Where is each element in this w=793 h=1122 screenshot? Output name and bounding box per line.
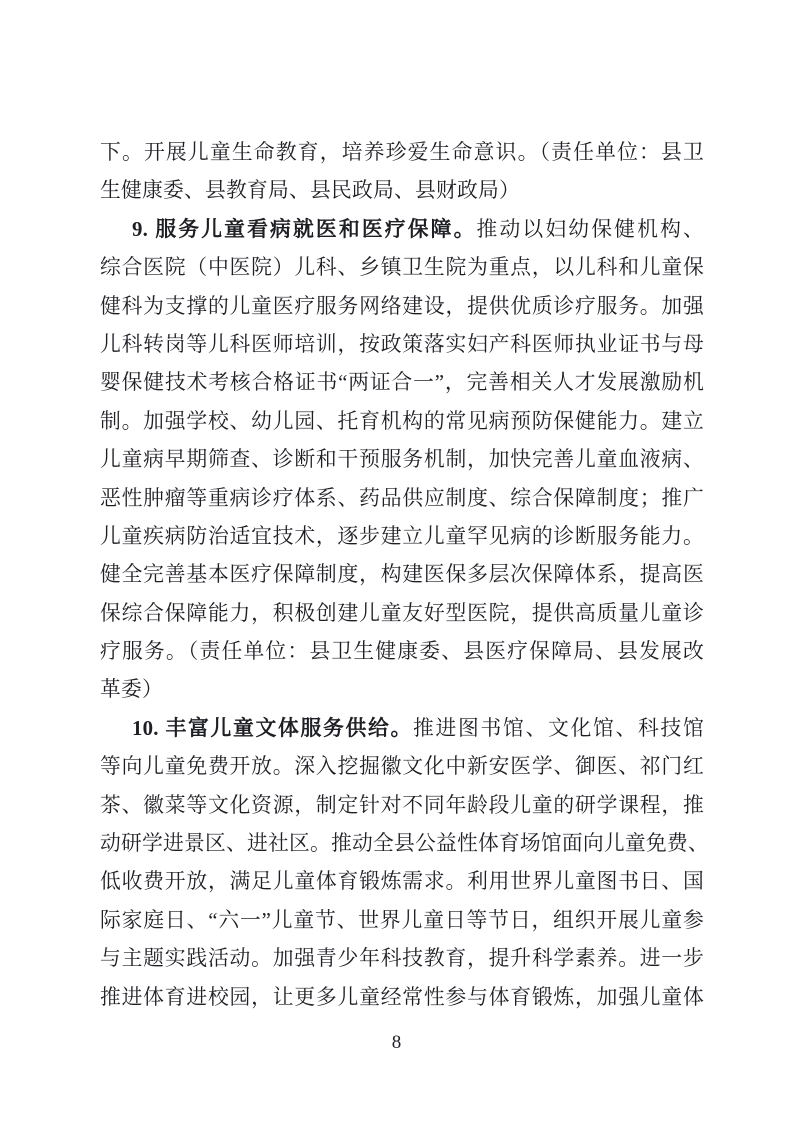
text-line: 下。开展儿童生命教育，培养珍爱生命意识。（责任单位：县卫 — [100, 134, 704, 172]
text-line: 推进体育进校园，让更多儿童经常性参与体育锻炼，加强儿童体 — [100, 979, 704, 1017]
text-line: 动研学进景区、进社区。推动全县公益性体育场馆面向儿童免费、 — [100, 825, 704, 863]
document-page: 下。开展儿童生命教育，培养珍爱生命意识。（责任单位：县卫 生健康委、县教育局、县… — [0, 0, 793, 1122]
text-run: 推动以妇幼保健机构、 — [477, 218, 704, 241]
section-10-heading: 10. 丰富儿童文体服务供给。 — [132, 717, 413, 740]
text-line: 等向儿童免费开放。深入挖掘徽文化中新安医学、御医、祁门红 — [100, 748, 704, 786]
text-line: 疗服务。（责任单位：县卫生健康委、县医疗保障局、县发展改 — [100, 633, 704, 671]
text-line: 保综合保障能力，积极创建儿童友好型医院，提供高质量儿童诊 — [100, 595, 704, 633]
text-line: 儿童病早期筛查、诊断和干预服务机制，加快完善儿童血液病、 — [100, 441, 704, 479]
text-line: 际家庭日、“六一”儿童节、世界儿童日等节日，组织开展儿童参 — [100, 902, 704, 940]
text-line: 茶、徽菜等文化资源，制定针对不同年龄段儿童的研学课程，推 — [100, 787, 704, 825]
text-line-paragraph-end: 革委） — [100, 671, 704, 709]
text-line: 健全完善基本医疗保障制度，构建医保多层次保障体系，提高医 — [100, 556, 704, 594]
text-line-section-9: 9. 服务儿童看病就医和医疗保障。推动以妇幼保健机构、 — [100, 211, 704, 249]
text-line-section-10: 10. 丰富儿童文体服务供给。推进图书馆、文化馆、科技馆 — [100, 710, 704, 748]
text-line: 恶性肿瘤等重病诊疗体系、药品供应制度、综合保障制度；推广 — [100, 480, 704, 518]
text-line: 综合医院（中医院）儿科、乡镇卫生院为重点，以儿科和儿童保 — [100, 249, 704, 287]
text-run: 推进图书馆、文化馆、科技馆 — [413, 717, 704, 740]
text-line: 与主题实践活动。加强青少年科技教育，提升科学素养。进一步 — [100, 940, 704, 978]
text-line: 儿科转岗等儿科医师培训，按政策落实妇产科医师执业证书与母 — [100, 326, 704, 364]
text-line: 健科为支撑的儿童医疗服务网络建设，提供优质诊疗服务。加强 — [100, 288, 704, 326]
text-line-paragraph-end: 生健康委、县教育局、县民政局、县财政局） — [100, 172, 704, 210]
page-number: 8 — [0, 1030, 793, 1056]
text-line: 儿童疾病防治适宜技术，逐步建立儿童罕见病的诊断服务能力。 — [100, 518, 704, 556]
text-line: 低收费开放，满足儿童体育锻炼需求。利用世界儿童图书日、国 — [100, 863, 704, 901]
section-9-heading: 9. 服务儿童看病就医和医疗保障。 — [132, 218, 477, 241]
text-line: 制。加强学校、幼儿园、托育机构的常见病预防保健能力。建立 — [100, 403, 704, 441]
text-line: 婴保健技术考核合格证书“两证合一”，完善相关人才发展激励机 — [100, 364, 704, 402]
document-body: 下。开展儿童生命教育，培养珍爱生命意识。（责任单位：县卫 生健康委、县教育局、县… — [100, 134, 704, 1017]
